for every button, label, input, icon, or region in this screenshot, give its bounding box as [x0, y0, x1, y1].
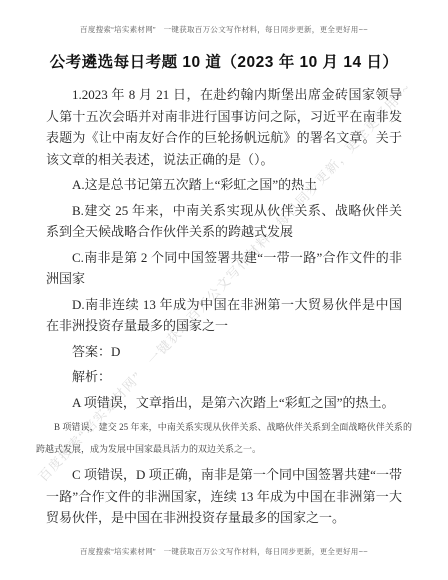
document-title: 公考遴选每日考题 10 道（2023 年 10 月 14 日）	[46, 50, 402, 72]
document-body: 公考遴选每日考题 10 道（2023 年 10 月 14 日） 1.2023 年…	[46, 50, 402, 533]
option-d: D.南非连续 13 年成为中国在非洲第一大贸易伙伴是中国在非洲投资存量最多的国家…	[46, 294, 402, 337]
option-c: C.南非是第 2 个同中国签署共建“一带一路”合作文件的非洲国家	[46, 247, 402, 290]
option-a: A.这是总书记第五次踏上“彩虹之国”的热土	[46, 174, 402, 196]
analysis-cd: C 项错误，D 项正确，南非是第一个同中国签署共建“一带一路”合作文件的非洲国家…	[46, 464, 402, 529]
analysis-a: A 项错误，文章指出，是第六次踏上“彩虹之国”的热土。	[46, 392, 402, 414]
answer-line: 答案：D	[46, 341, 402, 363]
question-text: 1.2023 年 8 月 21 日，在赴约翰内斯堡出席金砖国家领导人第十五次会晤…	[46, 84, 402, 170]
analysis-b: B 项错误，建交 25 年来，中南关系实现从伙伴关系、战略伙伴关系到全面战略伙伴…	[36, 417, 412, 460]
option-b: B.建交 25 年来，中南关系实现从伙伴关系、战略伙伴关系到全天候战略合作伙伴关…	[46, 200, 402, 243]
footer-promo-note: 百度搜索“培实素材网” 一键获取百万公文写作材料，每日同步更新，更全更好用~~	[0, 546, 448, 557]
document-page: 百度搜索“培实素材网” 一键获取百万公文写作材料，每日同步更新，更全更好用~~ …	[0, 0, 448, 580]
analysis-heading: 解析：	[46, 366, 402, 388]
header-promo-note: 百度搜索“培实素材网” 一键获取百万公文写作材料，每日同步更新，更全更好用~~	[0, 24, 448, 35]
